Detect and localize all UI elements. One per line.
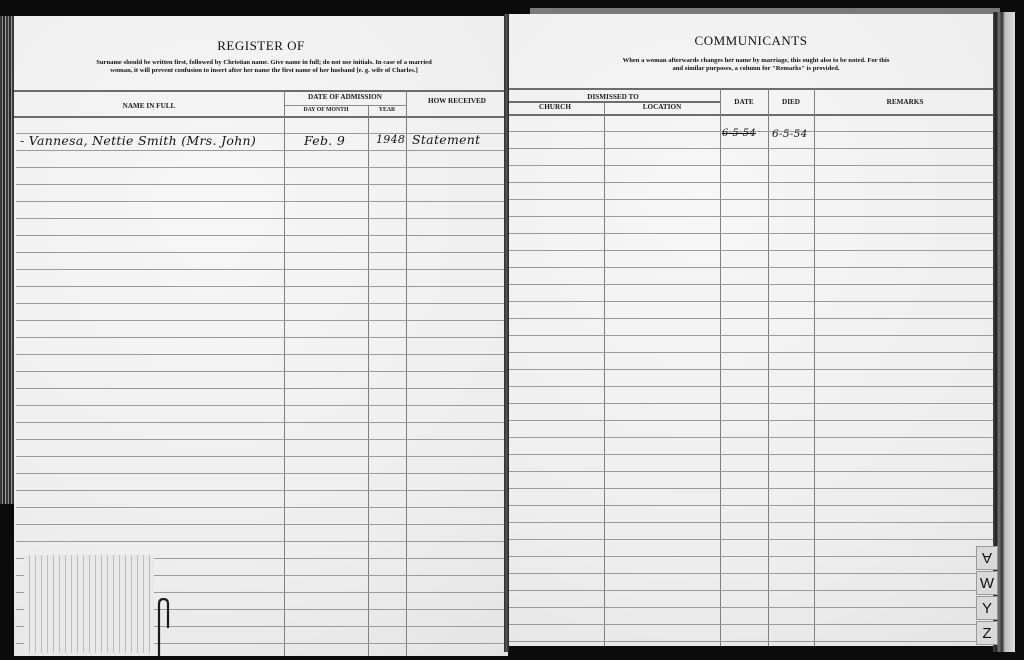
index-tabs: A W Y Z bbox=[976, 546, 998, 646]
entry-year[interactable]: 1948 bbox=[376, 133, 405, 146]
col-header-date: DATE bbox=[720, 98, 768, 106]
col-header-died: DIED bbox=[768, 98, 814, 106]
paper-clip-icon bbox=[156, 598, 170, 656]
admission-subrule bbox=[284, 105, 406, 106]
col-header-date-admission: DATE OF ADMISSION bbox=[284, 93, 406, 101]
col-header-day: DAY OF MONTH bbox=[284, 107, 368, 113]
header-top-rule bbox=[14, 90, 508, 92]
entry-day-of-month[interactable]: Feb. 9 bbox=[304, 133, 345, 148]
instructions-left: Surname should be written first, followe… bbox=[44, 59, 484, 74]
header-top-rule bbox=[506, 88, 996, 90]
col-header-how-received: HOW RECEIVED bbox=[406, 97, 508, 105]
right-page: COMMUNICANTS When a woman afterwards cha… bbox=[506, 14, 996, 646]
ruled-lines-right bbox=[506, 115, 996, 645]
index-tab-z[interactable]: Z bbox=[976, 621, 998, 645]
entry-how-received[interactable]: Statement bbox=[412, 132, 480, 147]
col-header-location: LOCATION bbox=[604, 103, 720, 111]
col-header-name: NAME IN FULL bbox=[14, 102, 284, 110]
col-header-church: CHURCH bbox=[506, 103, 604, 111]
page-title-right: COMMUNICANTS bbox=[506, 33, 996, 49]
entry-dismissed-date[interactable]: 6-5-54 bbox=[722, 128, 756, 139]
index-tab-a[interactable]: A bbox=[976, 546, 998, 570]
book-binding-left bbox=[0, 16, 14, 504]
entry-died[interactable]: 6-5-54 bbox=[772, 128, 808, 140]
entry-name[interactable]: - Vannesa, Nettie Smith (Mrs. John) bbox=[20, 133, 256, 148]
instructions-right: When a woman afterwards changes her name… bbox=[546, 57, 966, 72]
page-stack-edge bbox=[24, 555, 154, 653]
col-header-remarks: REMARKS bbox=[814, 98, 996, 106]
col-header-year: YEAR bbox=[368, 107, 406, 113]
col-header-dismissed-to: DISMISSED TO bbox=[506, 93, 720, 101]
page-title-left: REGISTER OF bbox=[14, 38, 508, 54]
index-tab-w[interactable]: W bbox=[976, 571, 998, 595]
index-tab-y[interactable]: Y bbox=[976, 596, 998, 620]
book-gutter bbox=[504, 14, 509, 652]
